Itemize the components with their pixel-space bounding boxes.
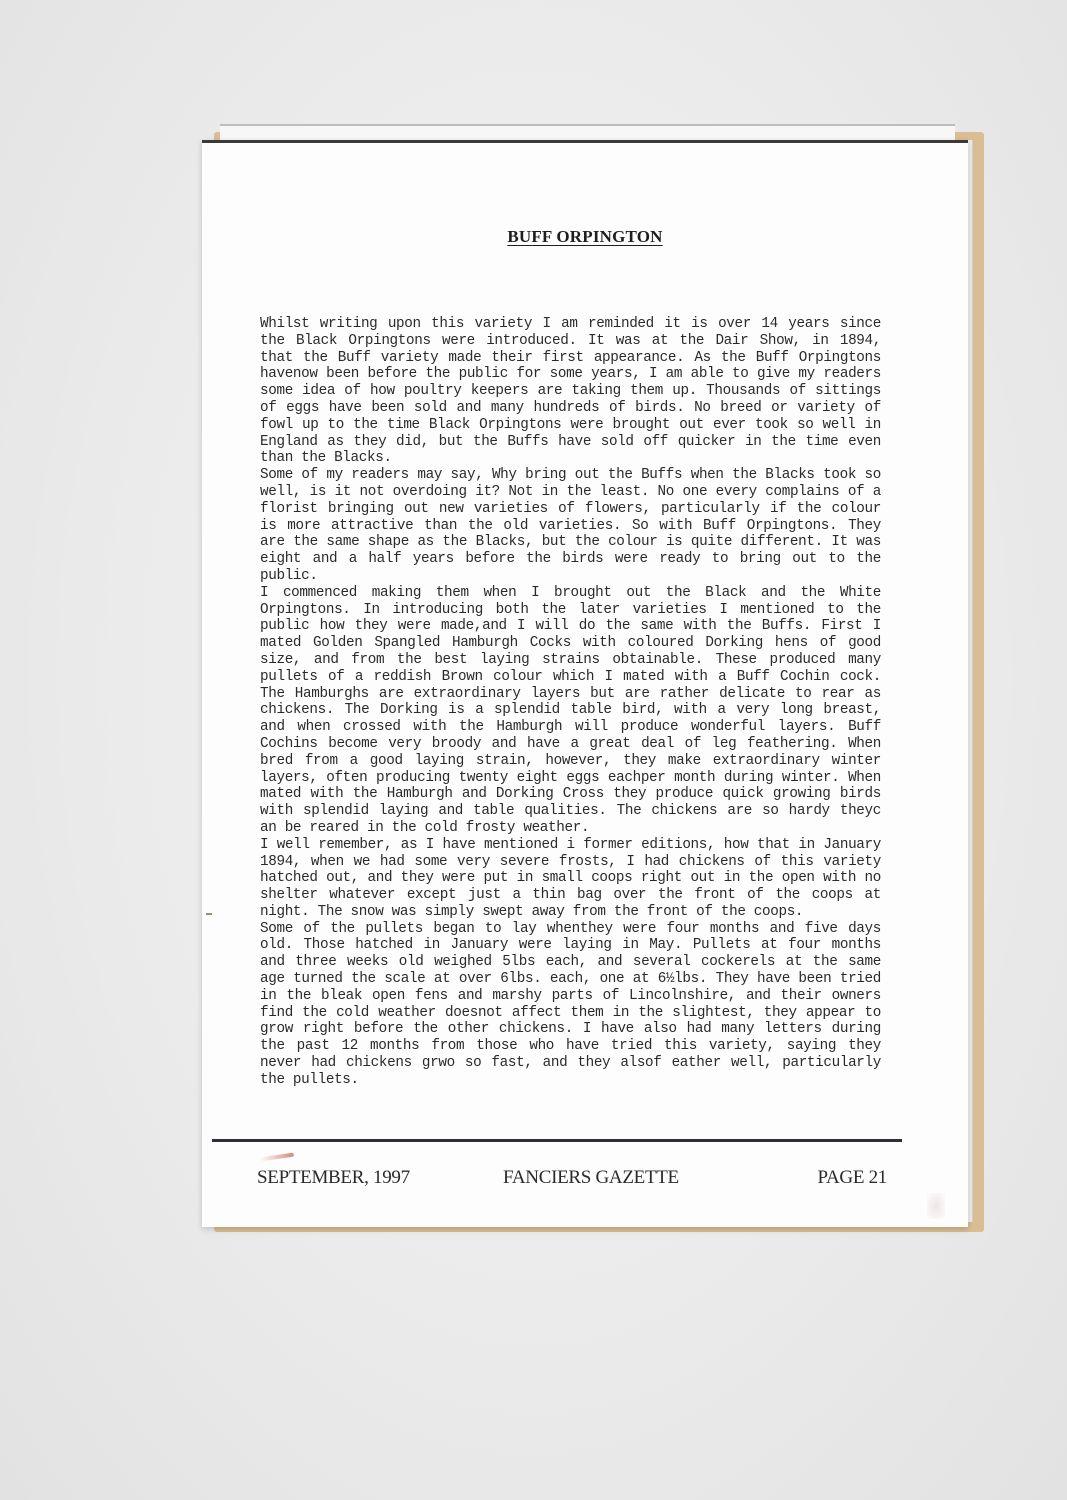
paragraph-3: I commenced making them when I brought o… <box>260 585 881 837</box>
pen-mark <box>260 1153 294 1162</box>
page-stack-top-edge <box>220 124 955 140</box>
paragraph-5: Some of the pullets began to lay whenthe… <box>260 921 881 1089</box>
magazine-page: BUFF ORPINGTON Whilst writing upon this … <box>202 140 968 1227</box>
paragraph-4: I well remember, as I have mentioned i f… <box>260 837 881 921</box>
scan-mark <box>206 913 212 915</box>
article-title-text: BUFF ORPINGTON <box>507 227 662 246</box>
paper-stain <box>927 1193 945 1219</box>
article-body: Whilst writing upon this variety I am re… <box>260 316 881 1089</box>
footer-divider <box>212 1139 902 1142</box>
paragraph-2: Some of my readers may say, Why bring ou… <box>260 467 881 585</box>
article-title: BUFF ORPINGTON <box>202 227 968 247</box>
footer-page-number: PAGE 21 <box>817 1167 887 1189</box>
paragraph-1: Whilst writing upon this variety I am re… <box>260 316 881 467</box>
footer-publication: FANCIERS GAZETTE <box>503 1167 679 1189</box>
footer-date: SEPTEMBER, 1997 <box>257 1167 410 1189</box>
